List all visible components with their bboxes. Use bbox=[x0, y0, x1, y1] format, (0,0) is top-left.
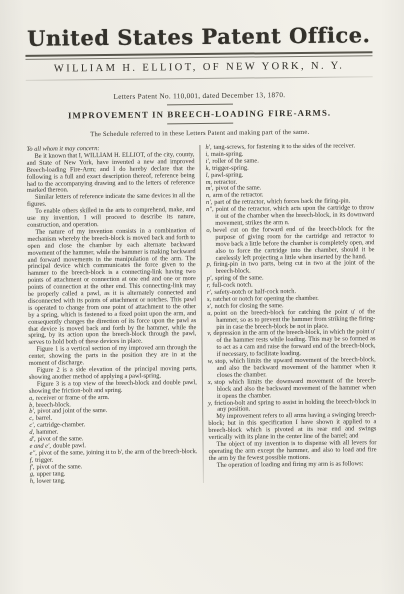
page-content: United States Patent Office. WILLIAM H. … bbox=[25, 22, 377, 485]
block-text: point of the retractor, which acts upon … bbox=[215, 204, 374, 226]
reference-label: u, bbox=[207, 310, 212, 317]
patent-document-page: United States Patent Office. WILLIAM H. … bbox=[0, 0, 404, 594]
column-left-text: To all whom it may concern:Be it known t… bbox=[26, 145, 203, 485]
reference-label: p, bbox=[207, 261, 212, 268]
block-text: pivot of the same, joining it to b', the… bbox=[39, 448, 198, 457]
reference-label: a, bbox=[29, 394, 34, 401]
masthead-double-rule bbox=[25, 51, 372, 60]
patent-number-line: Letters Patent No. 110,001, dated Decemb… bbox=[26, 90, 373, 102]
schedule-line: The Schedule referred to in these Letter… bbox=[26, 128, 373, 139]
masthead-title: United States Patent Office. bbox=[25, 22, 372, 51]
section-rule-top bbox=[166, 104, 232, 106]
block-text: My improvement refers to all arms having… bbox=[208, 412, 376, 441]
reference-label: f', bbox=[30, 463, 35, 470]
block-text: depression in the arm of the breech-bloc… bbox=[213, 329, 375, 358]
text-block: The operation of loading and firing my a… bbox=[209, 461, 377, 470]
block-text: Figure 3 is a top view of the breech-blo… bbox=[29, 379, 197, 395]
block-text: Figure 1 is a vertical section of my imp… bbox=[29, 344, 197, 367]
block-text: The operation of loading and firing my a… bbox=[217, 460, 364, 469]
reference-label: v, bbox=[207, 330, 211, 337]
reference-label: s, bbox=[207, 296, 211, 303]
block-text: point on the breech-block for catching t… bbox=[214, 308, 375, 330]
reference-label: s', bbox=[207, 303, 213, 310]
reference-label: h, bbox=[30, 477, 35, 484]
text-block: Be it known that I, WILLIAM H. ELLIOT, o… bbox=[26, 152, 194, 195]
block-text: bevel cut on the forward end of the bree… bbox=[213, 225, 374, 261]
block-text: The nature of my invention consists in a… bbox=[27, 227, 196, 346]
block-text: stop which limits the downward movement … bbox=[214, 377, 376, 399]
reference-label: o, bbox=[206, 227, 211, 234]
reference-label: y, bbox=[208, 399, 212, 406]
text-block: o,bevel cut on the forward end of the br… bbox=[206, 226, 374, 262]
reference-label: f, bbox=[30, 457, 33, 464]
reference-label: k, bbox=[206, 165, 211, 172]
block-text: lower tang. bbox=[37, 477, 66, 484]
reference-label: i, bbox=[205, 151, 208, 158]
block-text: To enable others skilled in the arts to … bbox=[27, 206, 195, 229]
inventor-rule bbox=[26, 76, 373, 81]
block-text: Be it known that I, WILLIAM H. ELLIOT, o… bbox=[27, 151, 195, 194]
scanned-sheet: United States Patent Office. WILLIAM H. … bbox=[0, 0, 404, 594]
text-block: My improvement refers to all arms having… bbox=[208, 413, 376, 442]
text-block: The nature of my invention consists in a… bbox=[27, 228, 196, 347]
invention-title: IMPROVEMENT IN BREECH-LOADING FIRE-ARMS. bbox=[26, 107, 373, 121]
column-right-text: h',tang-screws, for fastening it to the … bbox=[200, 143, 377, 483]
reference-label: w, bbox=[208, 358, 213, 365]
reference-label: l, bbox=[206, 172, 209, 179]
reference-label: i', bbox=[206, 158, 211, 165]
section-rule-bottom bbox=[167, 123, 233, 125]
block-text: firing-pin in two parts, being cut in tw… bbox=[213, 260, 374, 276]
reference-label: r', bbox=[207, 289, 213, 296]
inventor-line: WILLIAM H. ELLIOT, OF NEW YORK, N. Y. bbox=[26, 60, 373, 75]
reference-label: n'', bbox=[206, 206, 214, 213]
text-block: v,depression in the arm of the breech-bl… bbox=[207, 330, 375, 359]
reference-label: g, bbox=[30, 470, 35, 477]
reference-label: x, bbox=[208, 379, 213, 386]
body-columns: To all whom it may concern:Be it known t… bbox=[26, 143, 377, 485]
block-text: stop, which limits the upward movement o… bbox=[215, 356, 376, 378]
block-text: The object of my invention is to dispens… bbox=[209, 439, 377, 462]
text-block: h,lower tang. bbox=[30, 477, 198, 486]
